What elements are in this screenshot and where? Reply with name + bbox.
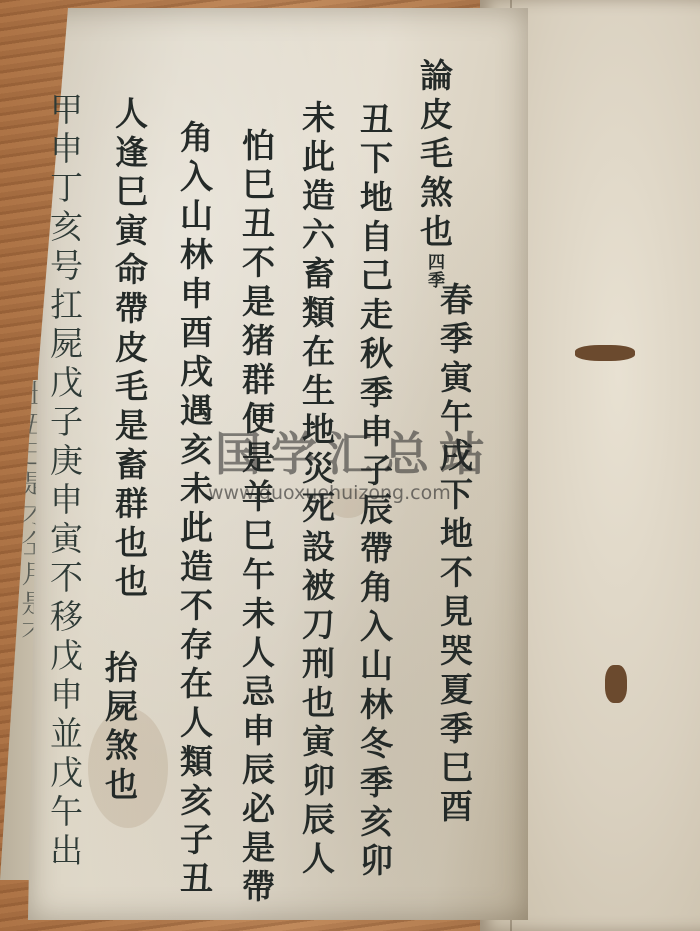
text-column-1-continued: 春季寅午戌下地不見哭夏季巳酉 [438, 282, 471, 828]
column-text: 怕巳丑不是猪群便是羊巳午未人忌申辰必是帶 [237, 128, 276, 908]
column-text: 人逢巳寅命帶皮毛是畜群也也 [110, 96, 149, 603]
text-column-1: 論皮毛煞也四季 [418, 58, 451, 289]
watermark-url: www.guoxuehuizong.com [208, 482, 451, 504]
heading-text: 論皮毛煞 [415, 58, 454, 214]
paper-tear [605, 665, 627, 703]
text-column-5: 角入山林申酉戌遇亥未此造不存在人類亥子丑 [178, 120, 211, 900]
text-column-7: 甲申丁亥号扛屍戊子庚申寅不移戊申並戊午出 [48, 92, 81, 872]
particle: 也 [415, 214, 454, 253]
text-column-4: 怕巳丑不是猪群便是羊巳午未人忌申辰必是帶 [240, 128, 273, 908]
column-text: 角入山林申酉戌遇亥未此造不存在人類亥子丑 [175, 120, 214, 900]
column-text: 甲申丁亥号扛屍戊子庚申寅不移戊申並戊午出 [45, 92, 84, 872]
paper-tear [575, 345, 635, 361]
text-column-6-heading: 抬屍煞也 [103, 650, 136, 806]
heading-text: 抬屍煞也 [100, 650, 139, 806]
column-text: 春季寅午戌下地不見哭夏季巳酉 [435, 282, 474, 828]
text-column-6: 人逢巳寅命帶皮毛是畜群也也 [113, 96, 146, 603]
watermark-title: 国学汇总站 [215, 418, 495, 484]
